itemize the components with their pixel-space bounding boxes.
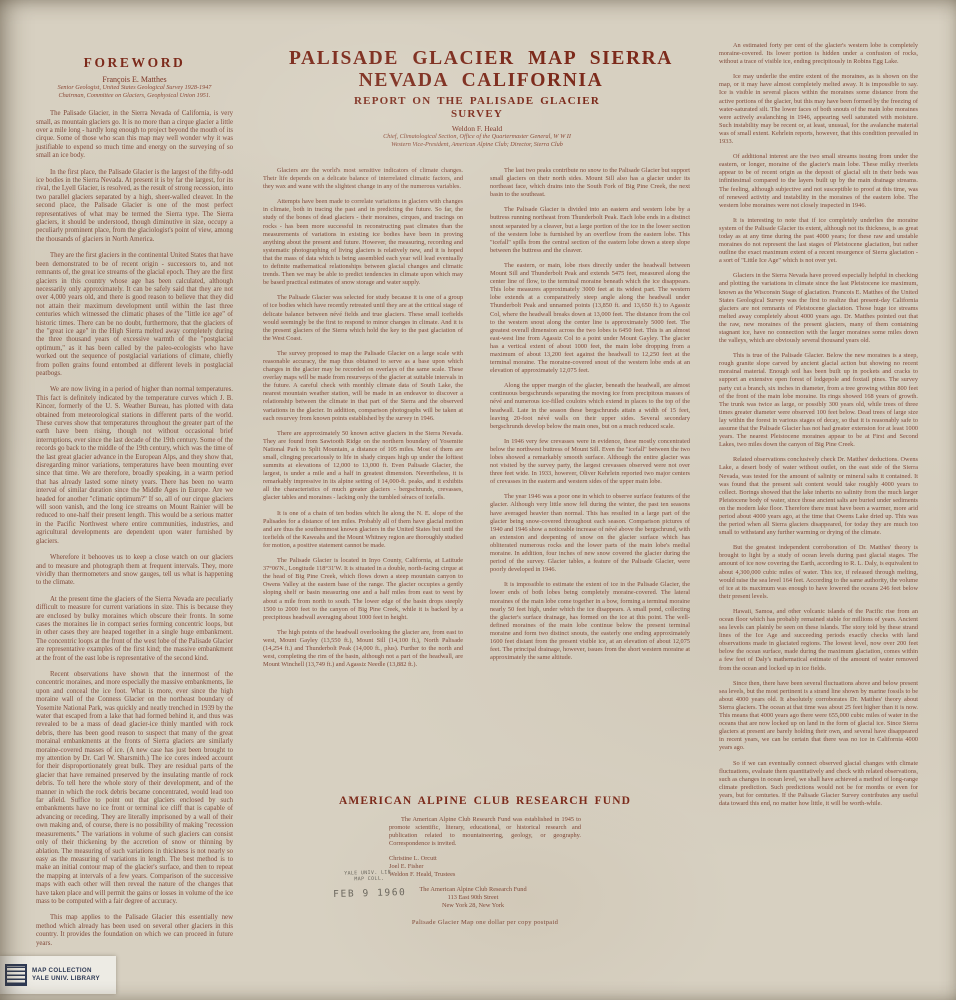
library-label-line-2: YALE UNIV. LIBRARY bbox=[32, 975, 100, 982]
paragraph: Glaciers in the Sierra Nevada have prove… bbox=[719, 272, 918, 345]
research-fund-heading: AMERICAN ALPINE CLUB RESEARCH FUND bbox=[293, 795, 677, 807]
paragraph: Related observations conclusively check … bbox=[719, 456, 918, 537]
report-author: Weldon F. Heald bbox=[262, 124, 692, 133]
report-heading: REPORT ON THE PALISADE GLACIER SURVEY bbox=[350, 95, 605, 121]
paragraph: In 1946 very few crevasses were in evide… bbox=[490, 438, 690, 487]
library-label-line-1: MAP COLLECTION bbox=[32, 967, 92, 974]
trustee-name: Christine L. Orcutt bbox=[389, 855, 677, 863]
paragraph: Since then, there have been several fluc… bbox=[719, 680, 918, 753]
trustee-name: Weldon F. Heald, Trustees bbox=[389, 871, 677, 879]
paragraph: Hawaii, Samoa, and other volcanic island… bbox=[719, 608, 918, 673]
paragraph: In the first place, the Palisade Glacier… bbox=[36, 169, 233, 245]
report-credential-line-1: Chief, Climatological Section, Office of… bbox=[262, 133, 692, 141]
paragraph: The eastern, or main, lobe rises directl… bbox=[490, 262, 690, 375]
trustee-name: Joel E. Fisher bbox=[389, 863, 677, 871]
paragraph: There are approximately 50 known active … bbox=[263, 430, 463, 503]
yale-library-emblem-icon bbox=[5, 964, 27, 986]
paragraph: Ice may underlie the entire extent of th… bbox=[719, 73, 918, 146]
paragraph: The year 1946 was a poor one in which to… bbox=[490, 493, 690, 574]
paragraph: The Palisade Glacier is divided into an … bbox=[490, 206, 690, 255]
research-fund-section: AMERICAN ALPINE CLUB RESEARCH FUND The A… bbox=[293, 795, 677, 926]
foreword-heading: FOREWORD bbox=[36, 55, 233, 71]
paragraph: Wherefore it behooves us to keep a close… bbox=[36, 554, 233, 588]
foreword-credential-line-2: Chairman, Committee on Glaciers, Geophys… bbox=[36, 92, 233, 100]
foreword-credential-line-1: Senior Geologist, United States Geologic… bbox=[36, 84, 233, 92]
yale-map-collection-label: MAP COLLECTION YALE UNIV. LIBRARY bbox=[0, 956, 116, 994]
paragraph: The high points of the headwall overlook… bbox=[263, 629, 463, 669]
scanned-report-page: PALISADE GLACIER MAP SIERRA NEVADA CALIF… bbox=[0, 0, 956, 1000]
paragraph: The survey proposed to map the Palisade … bbox=[263, 350, 463, 423]
address-line: New York 28, New York bbox=[323, 902, 623, 910]
paragraph: This is true of the Palisade Glacier. Be… bbox=[719, 352, 918, 449]
paragraph: Of additional interest are the two small… bbox=[719, 153, 918, 210]
report-column-3: An estimated forty per cent of the glaci… bbox=[719, 42, 918, 815]
paragraph: But the greatest independent corroborati… bbox=[719, 544, 918, 601]
paragraph: Along the upper margin of the glacier, b… bbox=[490, 382, 690, 431]
paragraph: They are the first glaciers in the conti… bbox=[36, 252, 233, 378]
stamp-date: FEB 9 1960 bbox=[333, 887, 406, 900]
foreword-author: François E. Matthes bbox=[36, 75, 233, 84]
paragraph: Recent observations have shown that the … bbox=[36, 671, 233, 906]
paragraph: So if we can eventually connect observed… bbox=[719, 760, 918, 809]
paragraph: The last two peaks contribute no snow to… bbox=[490, 167, 690, 199]
foreword-column: FOREWORD François E. Matthes Senior Geol… bbox=[36, 55, 233, 956]
library-date-stamp: YALE UNIV. LIB. MAP COLL. FEB 9 1960 bbox=[333, 870, 407, 900]
foreword-text: The Palisade Glacier, in the Sierra Neva… bbox=[36, 110, 233, 948]
paragraph: This map applies to the Palisade Glacier… bbox=[36, 914, 233, 948]
paragraph: The Palisade Glacier, in the Sierra Neva… bbox=[36, 110, 233, 160]
report-column-1: Glaciers are the world's most sensitive … bbox=[263, 167, 463, 676]
paragraph: Glaciers are the world's most sensitive … bbox=[263, 167, 463, 191]
report-column-2: The last two peaks contribute no snow to… bbox=[490, 167, 690, 669]
library-label-text: MAP COLLECTION YALE UNIV. LIBRARY bbox=[32, 967, 100, 983]
paragraph: The Palisade Glacier was selected for st… bbox=[263, 294, 463, 343]
paragraph: An estimated forty per cent of the glaci… bbox=[719, 42, 918, 66]
paragraph: We are now living in a period of higher … bbox=[36, 386, 233, 546]
report-credential-line-2: Western Vice-President, American Alpine … bbox=[262, 141, 692, 149]
paragraph: Attempts have been made to correlate var… bbox=[263, 198, 463, 287]
paragraph: It is impossible to estimate the extent … bbox=[490, 581, 690, 662]
paragraph: It is one of a chain of ten bodies which… bbox=[263, 510, 463, 550]
paragraph: The Palisade Glacier is located in Inyo … bbox=[263, 557, 463, 622]
price-line: Palisade Glacier Map one dollar per copy… bbox=[293, 919, 677, 926]
report-header: REPORT ON THE PALISADE GLACIER SURVEY We… bbox=[262, 95, 692, 148]
paragraph: It is interesting to note that if ice co… bbox=[719, 217, 918, 266]
page-title: PALISADE GLACIER MAP SIERRA NEVADA CALIF… bbox=[240, 48, 722, 92]
paragraph: At the present time the glaciers of the … bbox=[36, 596, 233, 663]
research-fund-body: The American Alpine Club Research Fund w… bbox=[389, 816, 581, 848]
